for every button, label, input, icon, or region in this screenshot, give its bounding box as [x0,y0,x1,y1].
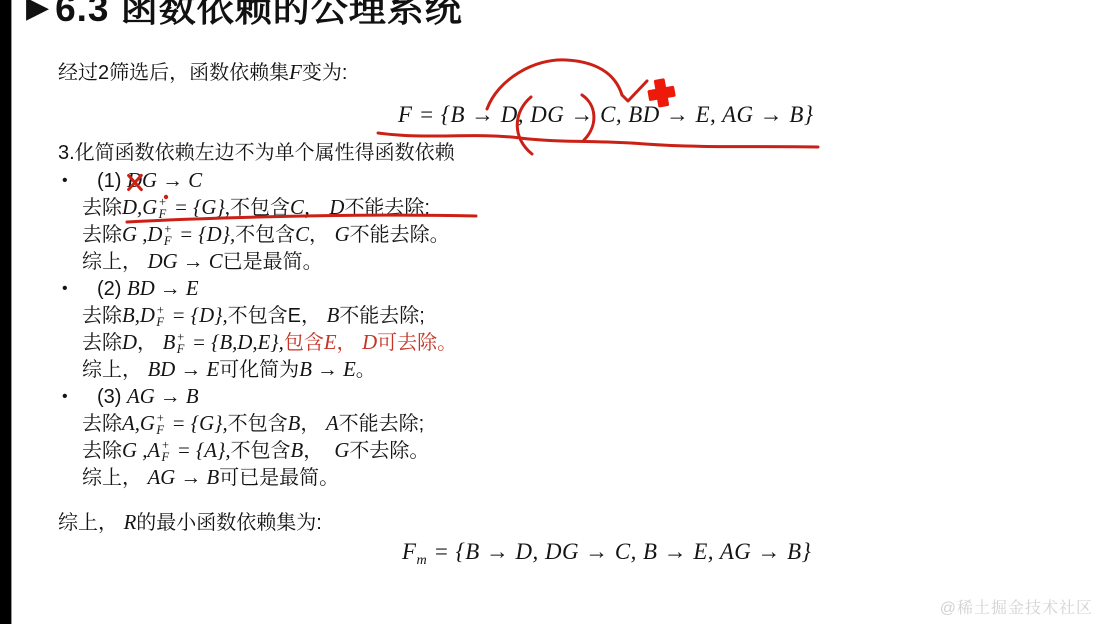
text: ， [337,332,363,354]
text: 不去除。 [349,440,429,462]
math-text: = {A}, [172,439,231,462]
text: 综上， [82,251,148,273]
closure-notation: D+F [147,221,173,248]
text-line: 3.化简函数依赖左边不为单个属性得函数依赖 [0,140,1107,167]
text: 不包含E， [228,305,327,327]
text: 包含 [284,332,324,354]
text-line: 去除D,G+F = {G},不包含C， D不能去除; [0,194,1107,221]
text: 去除 [82,197,122,219]
math-text: G → C [142,169,202,192]
text: 综上， [58,512,124,534]
text: 去除 [82,224,122,246]
bullet-marker: • [62,275,68,302]
math-text: R [124,511,137,534]
math-text: A [326,412,339,435]
closure-notation: G+F [140,410,166,437]
text: 的最小函数依赖集为: [136,512,322,534]
text-line: 去除B,D+F = {D},不包含E， B不能去除; [0,302,1107,329]
text: ， [300,413,326,435]
math-text: = {G}, [169,196,230,219]
text: 经过2筛选后，函数依赖集 [58,62,289,84]
math-text: B [327,304,340,327]
math-text: D [122,331,137,354]
slide-title: ▶ 6.3 函数依赖的公理系统 [26,0,463,32]
intro-line: 经过2筛选后，函数依赖集F变为: [58,60,347,86]
text: (3) [97,386,127,408]
text: 已是最简。 [223,251,323,273]
text: 不包含 [235,224,295,246]
text-line: 综上， BD → E可化简为B → E。 [0,356,1107,383]
watermark: @稀土掘金技术社区 [940,595,1093,618]
text: 不能去除; [339,413,425,435]
text: 不能去除; [339,305,425,327]
math-text: C [295,223,309,246]
text: ， [137,332,163,354]
math-text: AG → B [148,466,220,489]
text-line: •(3) AG → B [0,383,1107,410]
math-text: A, [122,412,140,435]
slide-title-text: 6.3 函数依赖的公理系统 [55,0,463,32]
text: 去除 [82,305,122,327]
math-text: = {D}, [166,304,227,327]
closure-notation: D+F [140,302,166,329]
closure-notation: B+F [163,329,187,356]
text: 不包含 [231,440,291,462]
text: 不包含 [230,197,290,219]
math-text: D, [122,196,142,219]
text: 不包含 [228,413,288,435]
math-text: G , [122,223,147,246]
text-line: 综上， AG → B可已是最简。 [0,464,1107,491]
math-text: BD → E [127,277,199,300]
text-line: 去除A,G+F = {G},不包含B， A不能去除; [0,410,1107,437]
math-text: F = {B → D, DG → C, BD → E, AG → B} [398,102,814,127]
text-line: 综上， DG → C已是最简。 [0,248,1107,275]
text: ， [309,224,335,246]
text-line: 去除G ,D+F = {D},不包含C， G不能去除。 [0,221,1107,248]
text: 3.化简函数依赖左边不为单个属性得函数依赖 [58,142,455,164]
text: 可去除。 [377,332,457,354]
text: 去除 [82,413,122,435]
text-line: 去除G ,A+F = {A},不包含B， G不去除。 [0,437,1107,464]
math-text: D [362,331,377,354]
text: 不能去除; [344,197,430,219]
math-text: G [335,223,350,246]
text: 变为: [302,62,348,84]
text: (1) [97,170,127,192]
text: 综上， [82,467,148,489]
reduction-steps-list: 3.化简函数依赖左边不为单个属性得函数依赖•(1) DG → C去除D,G+F … [0,140,1107,491]
math-text: G , [122,439,147,462]
math-text: D [127,167,142,194]
text: 不能去除。 [350,224,450,246]
bullet-marker: • [62,383,68,410]
math-text: B → E [299,358,356,381]
closure-notation: A+F [147,437,171,464]
summary-line: 综上， R的最小函数依赖集为: [58,510,322,536]
pen-check-mark [622,81,647,101]
math-text: B [288,412,301,435]
triangle-bullet-icon: ▶ [26,0,49,25]
math-text: AG → B [127,385,199,408]
math-text: F [289,61,302,84]
math-text: = {G}, [166,412,227,435]
text: 可化简为 [219,359,299,381]
math-text: = {D}, [174,223,235,246]
math-text: B, [122,304,140,327]
bullet-marker: • [62,167,68,194]
closure-notation: G+F [142,194,168,221]
math-text: C [290,196,304,219]
text: ， [304,197,330,219]
math-text: = {B → D, DG → C, B → E, AG → B} [427,539,811,564]
f-with-subscript: Fm [402,539,427,564]
text-line: •(1) DG → C [0,167,1107,194]
text: 去除 [82,440,122,462]
math-text: E [324,331,337,354]
math-text: G [334,439,349,462]
math-text: DG → C [148,250,223,273]
formula-fm: Fm = {B → D, DG → C, B → E, AG → B} [402,539,811,569]
text: 。 [356,359,376,381]
formula-f: F = {B → D, DG → C, BD → E, AG → B} [398,102,814,128]
math-text: D [329,196,344,219]
math-text: BD → E [148,358,220,381]
math-text: B [291,439,304,462]
math-text: = {B,D,E}, [187,331,284,354]
text: 去除 [82,332,122,354]
text: 可已是最简。 [219,467,339,489]
text-line: 去除D， B+F = {B,D,E},包含E， D可去除。 [0,329,1107,356]
text: (2) [97,278,127,300]
text-line: •(2) BD → E [0,275,1107,302]
text: 综上， [82,359,148,381]
text: ， [303,440,334,462]
